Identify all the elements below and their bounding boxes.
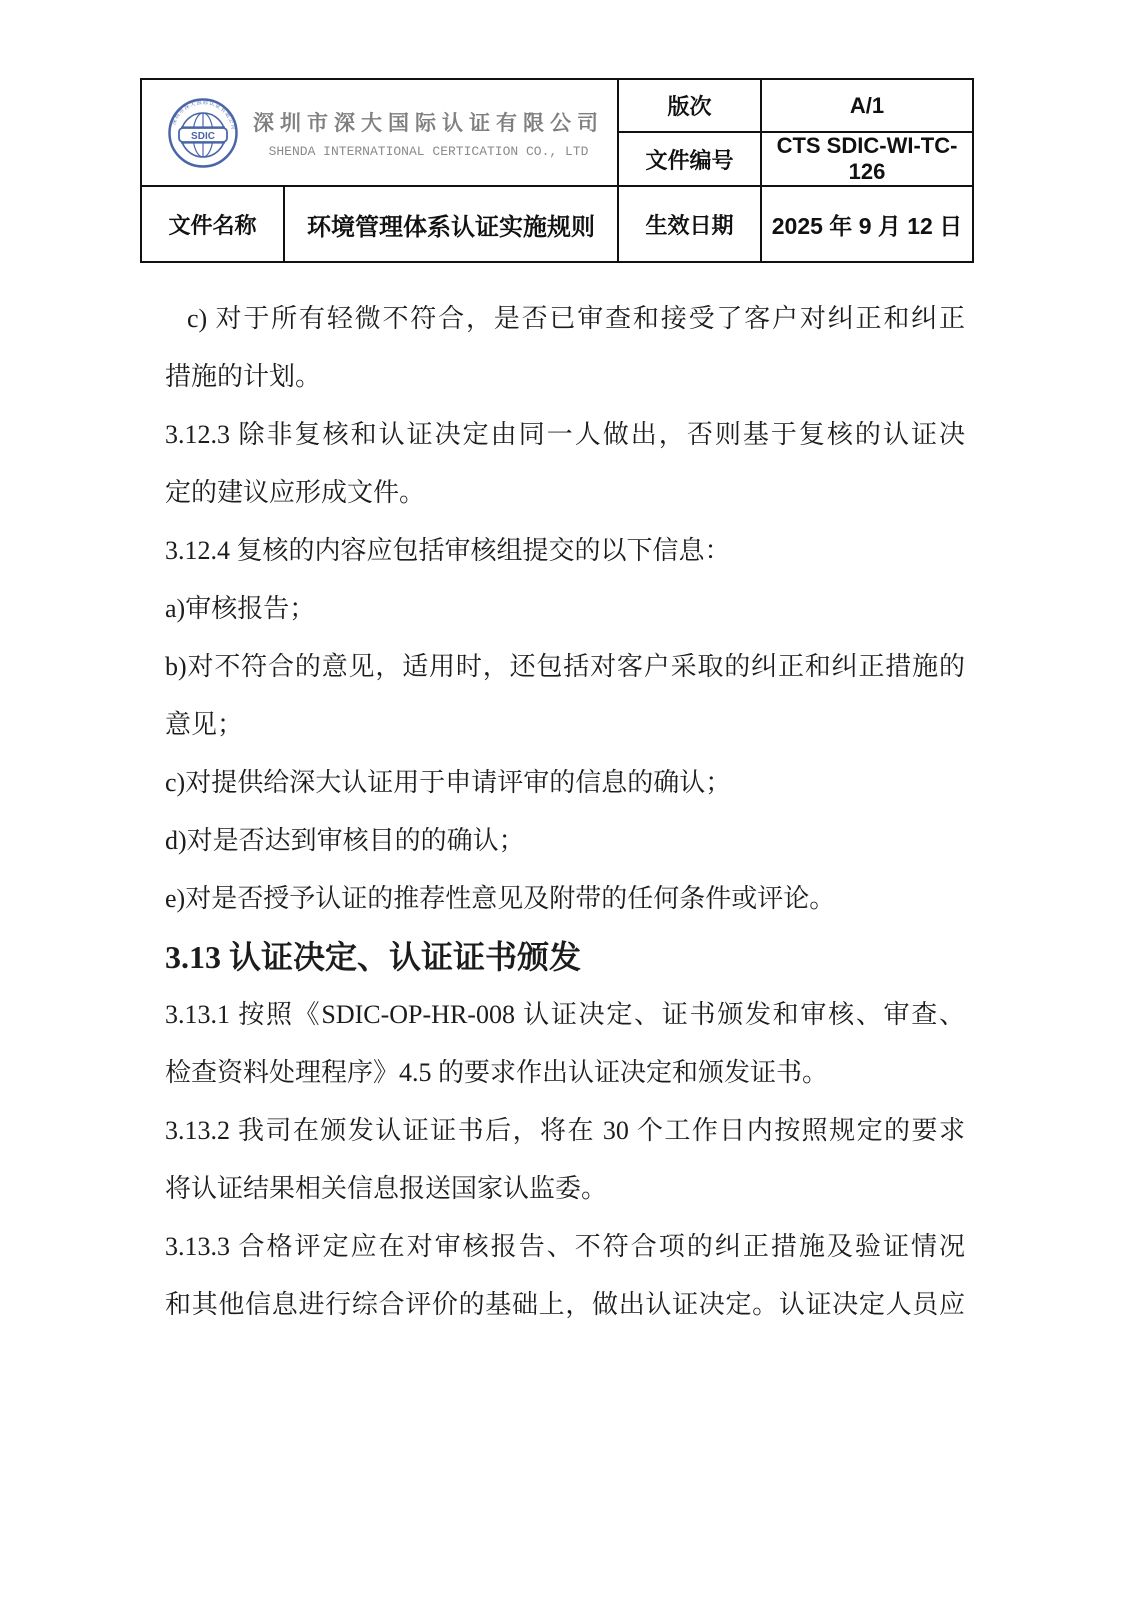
text-line: c)对提供给深大认证用于申请评审的信息的确认； <box>165 754 965 812</box>
company-logo-icon: 深圳市深大国际认证有限公司 SDIC <box>166 96 240 170</box>
logo-banner-text: SDIC <box>191 131 215 142</box>
document-body: c) 对于所有轻微不符合，是否已审查和接受了客户对纠正和纠正 措施的计划。 3.… <box>165 290 965 1334</box>
company-header-cell: 深圳市深大国际认证有限公司 SDIC 深圳市深大国际认证有限公司 SHENDA … <box>141 79 618 186</box>
effective-date-value: 2025 年 9 月 12 日 <box>761 186 973 262</box>
text-line: 和其他信息进行综合评价的基础上，做出认证决定。认证决定人员应 <box>165 1276 965 1334</box>
text-line: d)对是否达到审核目的的确认； <box>165 812 965 870</box>
text-line: 将认证结果相关信息报送国家认监委。 <box>165 1160 965 1218</box>
text-line: a)审核报告； <box>165 580 965 638</box>
doc-name-label: 文件名称 <box>141 186 284 262</box>
version-value: A/1 <box>761 79 973 132</box>
version-label: 版次 <box>618 79 761 132</box>
section-heading: 3.13 认证决定、认证证书颁发 <box>165 928 965 986</box>
text-line: c) 对于所有轻微不符合，是否已审查和接受了客户对纠正和纠正 <box>165 290 965 348</box>
text-line: 3.12.4 复核的内容应包括审核组提交的以下信息： <box>165 522 965 580</box>
company-name-en: SHENDA INTERNATIONAL CERTICATION CO., LT… <box>253 144 604 159</box>
text-line: e)对是否授予认证的推荐性意见及附带的任何条件或评论。 <box>165 870 965 928</box>
doc-name-value: 环境管理体系认证实施规则 <box>284 186 618 262</box>
text-line: 3.13.1 按照《SDIC-OP-HR-008 认证决定、证书颁发和审核、审查… <box>165 986 965 1044</box>
doc-number-label: 文件编号 <box>618 132 761 186</box>
document-header-table: 深圳市深大国际认证有限公司 SDIC 深圳市深大国际认证有限公司 SHENDA … <box>140 78 974 263</box>
text-line: 3.13.2 我司在颁发认证证书后，将在 30 个工作日内按照规定的要求 <box>165 1102 965 1160</box>
text-line: 检查资料处理程序》4.5 的要求作出认证决定和颁发证书。 <box>165 1044 965 1102</box>
text-line: 定的建议应形成文件。 <box>165 464 965 522</box>
text-line: b)对不符合的意见，适用时，还包括对客户采取的纠正和纠正措施的 <box>165 638 965 696</box>
company-name-cn: 深圳市深大国际认证有限公司 <box>253 107 604 137</box>
text-line: 3.13.3 合格评定应在对审核报告、不符合项的纠正措施及验证情况 <box>165 1218 965 1276</box>
text-line: 3.12.3 除非复核和认证决定由同一人做出，否则基于复核的认证决 <box>165 406 965 464</box>
effective-date-label: 生效日期 <box>618 186 761 262</box>
text-line: 意见； <box>165 696 965 754</box>
document-page: 深圳市深大国际认证有限公司 SDIC 深圳市深大国际认证有限公司 SHENDA … <box>0 0 1131 1600</box>
text-line: 措施的计划。 <box>165 348 965 406</box>
doc-number-value: CTS SDIC-WI-TC-126 <box>761 132 973 186</box>
